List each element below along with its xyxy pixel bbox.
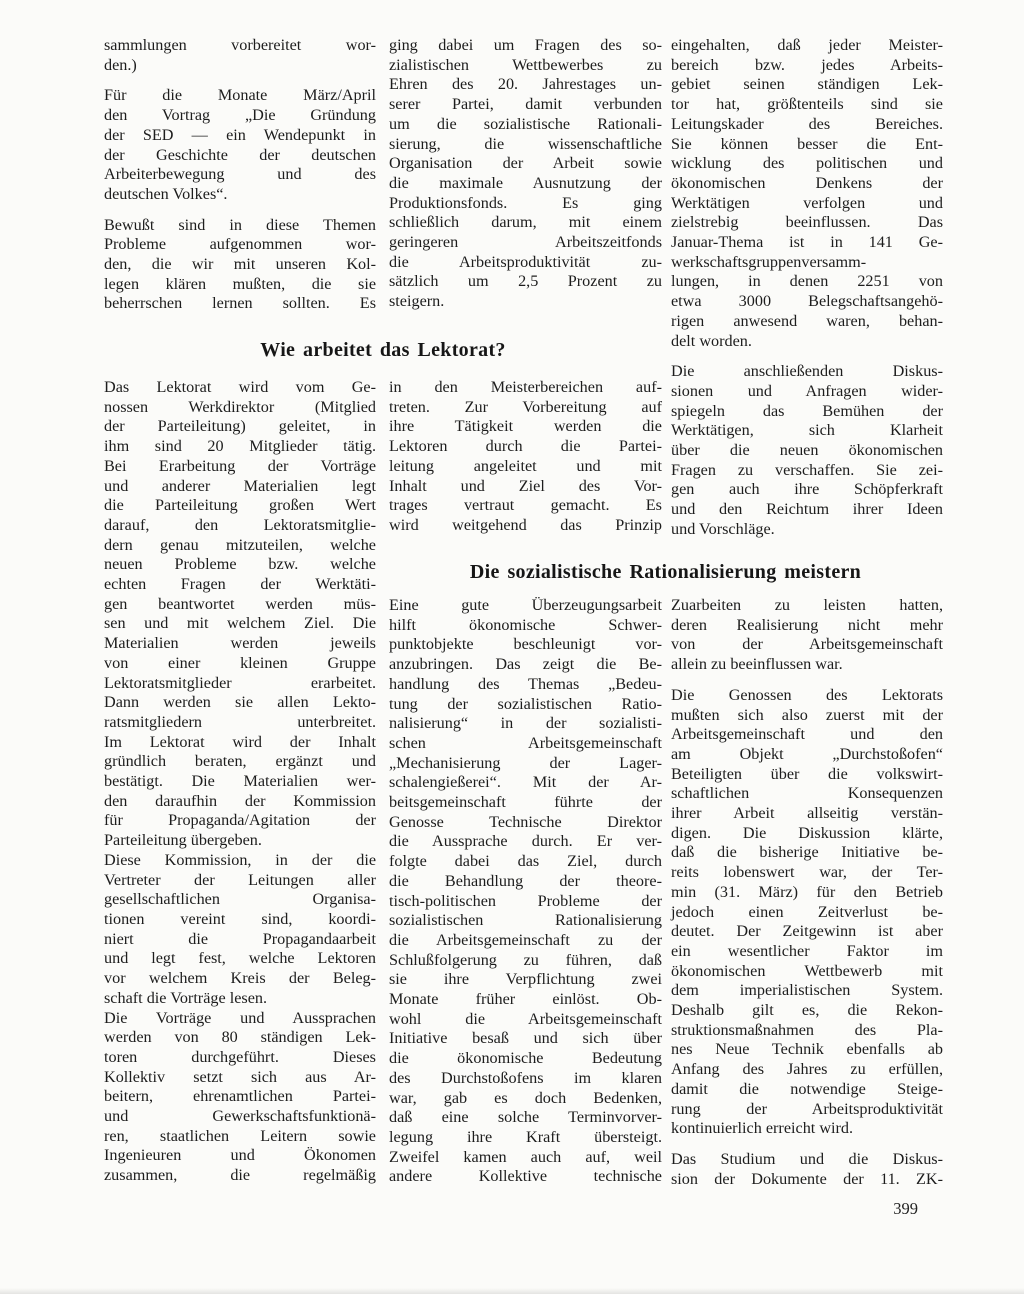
text-line: werden von 80 ständigen Lek- [104, 1028, 376, 1048]
text-line: Materialien werden jeweils [104, 634, 376, 654]
text-line: gen beantwortet werden müs- [104, 595, 376, 615]
text-line: Lektoratsmitglieder erarbeitet. [104, 674, 376, 694]
text-line: um die sozialistische Rationali- [389, 115, 662, 135]
text-line: gründlich beraten, ergänzt und [104, 752, 376, 772]
text-line: wicklung des politischen und [671, 154, 943, 174]
text-line: zusammen, die regelmäßig [104, 1166, 376, 1186]
text-line: schalengießerei“. Mit der Ar- [389, 773, 662, 793]
text-line: Genosse Technische Direktor [389, 813, 662, 833]
text-line: die Behandlung der theore- [389, 872, 662, 892]
text-line: Die Genossen des Lektorats [671, 686, 943, 706]
column-2-top-section: ging dabei um Fragen des so-zialistische… [389, 36, 662, 312]
text-line: und Gewerkschaftsfunktionä- [104, 1107, 376, 1127]
text-line: Sie können besser die Ent- [671, 135, 943, 155]
text-line: Lektoren durch die Partei- [389, 437, 662, 457]
text-line: und anderer Materialien legt [104, 477, 376, 497]
text-line: beherrschen lernen sollten. Es [104, 294, 376, 314]
text-line: tionen vereint sind, koordi- [104, 910, 376, 930]
text-line: die Aussprache durch. Er ver- [389, 832, 662, 852]
text-line: handlung des Themas „Bedeu- [389, 675, 662, 695]
text-line: Die Vorträge und Aussprachen [104, 1009, 376, 1029]
text-line: allein zu beeinflussen war. [671, 655, 943, 675]
text-line: struktionsmaßnahmen des Pla- [671, 1021, 943, 1041]
page-number: 399 [858, 1199, 918, 1219]
text-line: deren Realisierung nicht mehr [671, 616, 943, 636]
text-line: Im Lektorat wird der Inhalt [104, 733, 376, 753]
text-line: serer Partei, damit verbunden [389, 95, 662, 115]
text-line: daß die bisherige Initiative be- [671, 843, 943, 863]
text-line: bestätigt. Die Materialien wer- [104, 772, 376, 792]
text-line: rigen anwesend waren, behan- [671, 312, 943, 332]
text-line: Arbeitsgemeinschaft und den [671, 725, 943, 745]
text-line: tor hat, größtenteils sind sie [671, 95, 943, 115]
text-line: Produktionsfonds. Es ging [389, 194, 662, 214]
paragraph: Das Lektorat wird vom Ge-nossen Werkdire… [104, 378, 376, 851]
text-line: niert die Propagandaarbeit [104, 930, 376, 950]
text-line: ratsmitgliedern unterbreitet. [104, 713, 376, 733]
column-3-bottom-section: Zuarbeiten zu leisten hatten,deren Reali… [671, 596, 943, 1189]
text-line: Dann werden sie allen Lekto- [104, 693, 376, 713]
text-line: ren, staatlichen Leitern sowie [104, 1127, 376, 1147]
text-line: der Geschichte der deutschen [104, 146, 376, 166]
section-heading-rationalisierung: Die sozialistische Rationalisierung meis… [389, 560, 942, 584]
text-line: schließlich darum, mit einem [389, 213, 662, 233]
text-line: sierung, die wissenschaftliche [389, 135, 662, 155]
text-line: Organisation der Arbeit sowie [389, 154, 662, 174]
text-line: sätzlich um 2,5 Prozent zu [389, 272, 662, 292]
scanned-document-page: sammlungen vorbereitet wor-den.)Für die … [0, 0, 1024, 1294]
text-line: die Parteileitung großen Wert [104, 496, 376, 516]
text-line: sammlungen vorbereitet wor- [104, 36, 376, 56]
text-line: „Mechanisierung der Lager- [389, 754, 662, 774]
scan-edge-shadow [0, 1288, 1024, 1294]
text-line: gen auch ihre Schöpferkraft [671, 480, 943, 500]
text-line: treten. Zur Vorbereitung auf [389, 398, 662, 418]
text-line: die Arbeitsproduktivität zu- [389, 253, 662, 273]
text-line: schaftlichen Konsequenzen [671, 784, 943, 804]
text-line: etwa 3000 Belegschaftsangehö- [671, 292, 943, 312]
text-line: legen klären mußten, die sie [104, 275, 376, 295]
text-line: toren durchgeführt. Dieses [104, 1048, 376, 1068]
text-line: Anfang des Jahres zu erfüllen, [671, 1060, 943, 1080]
paragraph: Eine gute Überzeugungsarbeithilft ökonom… [389, 596, 662, 1187]
column-2-bottom-section: Eine gute Überzeugungsarbeithilft ökonom… [389, 596, 662, 1187]
text-line: ihre Tätigkeit werden die [389, 417, 662, 437]
text-line: Zweifel kamen auch auf, weil [389, 1148, 662, 1168]
text-line: Zuarbeiten zu leisten hatten, [671, 596, 943, 616]
section-heading-lektorat: Wie arbeitet das Lektorat? [104, 338, 662, 362]
text-line: daß eine solche Terminvorver- [389, 1108, 662, 1128]
text-line: bereich bzw. jedes Arbeits- [671, 56, 943, 76]
text-line: der SED — ein Wendepunkt in [104, 126, 376, 146]
paragraph: sammlungen vorbereitet wor-den.) [104, 36, 376, 75]
text-line: gebiet seinen ständigen Lek- [671, 75, 943, 95]
text-line: wohl die Arbeitsgemeinschaft [389, 1010, 662, 1030]
text-line: Januar-Thema ist in 141 Ge- [671, 233, 943, 253]
text-line: punktobjekte beschleunigt vor- [389, 635, 662, 655]
text-line: werkschaftsgruppenversamm- [671, 253, 943, 273]
text-line: nalisierung“ in der sozialisti- [389, 714, 662, 734]
text-line: zialistischen Wettbewerbes zu [389, 56, 662, 76]
text-line: Parteileitung übergeben. [104, 831, 376, 851]
text-line: nossen Werkdirektor (Mitglied [104, 398, 376, 418]
text-line: Ingenieuren und Ökonomen [104, 1146, 376, 1166]
text-line: Schlußfolgerung zu führen, daß [389, 951, 662, 971]
column-3-top-section: eingehalten, daß jeder Meister-bereich b… [671, 36, 943, 540]
text-line: über die neuen ökonomischen [671, 441, 943, 461]
text-line: ökonomischen Denkens der [671, 174, 943, 194]
text-line: die Arbeitsgemeinschaft zu der [389, 931, 662, 951]
text-line: steigern. [389, 292, 662, 312]
text-line: Fragen zu verschaffen. Sie zei- [671, 461, 943, 481]
text-line: neuen Probleme bzw. welche [104, 555, 376, 575]
text-line: Vertreter der Leitungen aller [104, 871, 376, 891]
text-line: war, gab es doch Bedenken, [389, 1089, 662, 1109]
text-line: Beteiligten über die volkswirt- [671, 765, 943, 785]
text-line: Werktätigen verfolgen und [671, 194, 943, 214]
text-line: die ökonomische Bedeutung [389, 1049, 662, 1069]
text-line: jedoch einen Zeitverlust be- [671, 903, 943, 923]
text-line: sie ihre Verpflichtung zwei [389, 970, 662, 990]
text-line: trages vertraut gemacht. Es [389, 496, 662, 516]
text-line: Monate früher einlöst. Ob- [389, 990, 662, 1010]
text-line: den, die wir mit unseren Kol- [104, 255, 376, 275]
text-line: legung ihre Kraft übersteigt. [389, 1128, 662, 1148]
paragraph: Für die Monate März/Aprilden Vortrag „Di… [104, 86, 376, 204]
text-line: reits lobenswert war, der Ter- [671, 863, 943, 883]
text-line: tung der sozialistischen Ratio- [389, 695, 662, 715]
paragraph: Bewußt sind in diese ThemenProbleme aufg… [104, 216, 376, 315]
text-line: sionen und Anfragen wider- [671, 382, 943, 402]
text-line: rung der Arbeitsproduktivität [671, 1100, 943, 1120]
text-line: sion der Dokumente der 11. ZK- [671, 1170, 943, 1190]
text-line: lungen, in denen 2251 von [671, 272, 943, 292]
text-line: den daraufhin der Kommission [104, 792, 376, 812]
text-line: ihrer Arbeit allseitig verstän- [671, 804, 943, 824]
text-line: Arbeiterbewegung und des [104, 165, 376, 185]
paragraph: Zuarbeiten zu leisten hatten,deren Reali… [671, 596, 943, 675]
paragraph: Die Vorträge und Aussprachenwerden von 8… [104, 1009, 376, 1186]
text-line: sen und mit welchem Ziel. Die [104, 614, 376, 634]
text-line: Bewußt sind in diese Themen [104, 216, 376, 236]
text-line: Deshalb gilt es, die Rekon- [671, 1001, 943, 1021]
text-line: Inhalt und Ziel des Vor- [389, 477, 662, 497]
text-line: ökonomischen Wettbewerb mit [671, 962, 943, 982]
text-line: wird weitgehend das Prinzip [389, 516, 662, 536]
text-line: in den Meisterbereichen auf- [389, 378, 662, 398]
text-line: echten Fragen der Werktäti- [104, 575, 376, 595]
paragraph: ging dabei um Fragen des so-zialistische… [389, 36, 662, 312]
text-line: dem imperialistischen System. [671, 981, 943, 1001]
text-line: beitsgemeinschaft führte der [389, 793, 662, 813]
text-line: digen. Die Diskussion klärte, [671, 824, 943, 844]
text-line: gesellschaftlichen Organisa- [104, 890, 376, 910]
paragraph: Das Studium und die Diskus-sion der Doku… [671, 1150, 943, 1189]
text-line: Ehren des 20. Jahrestages un- [389, 75, 662, 95]
text-line: andere Kollektive technische [389, 1167, 662, 1187]
text-line: kontinuierlich erreicht wird. [671, 1119, 943, 1139]
text-line: am Objekt „Durchstoßofen“ [671, 745, 943, 765]
text-line: Kollektiv setzt sich aus Ar- [104, 1068, 376, 1088]
text-line: Initiative besaß und sich über [389, 1029, 662, 1049]
paragraph: eingehalten, daß jeder Meister-bereich b… [671, 36, 943, 351]
text-line: zielstrebig beeinflussen. Das [671, 213, 943, 233]
text-line: und legt fest, welche Lektoren [104, 949, 376, 969]
text-line: den Vortrag „Die Gründung [104, 106, 376, 126]
column-2-middle-section: in den Meisterbereichen auf-treten. Zur … [389, 378, 662, 536]
text-line: ein wesentlicher Faktor im [671, 942, 943, 962]
text-line: vor welchem Kreis der Beleg- [104, 969, 376, 989]
text-line: Probleme aufgenommen wor- [104, 235, 376, 255]
text-line: Bei Erarbeitung der Vorträge [104, 457, 376, 477]
text-line: schen Arbeitsgemeinschaft [389, 734, 662, 754]
text-line: folgte dabei das Ziel, durch [389, 852, 662, 872]
text-line: Das Studium und die Diskus- [671, 1150, 943, 1170]
text-line: die maximale Ausnutzung der [389, 174, 662, 194]
text-line: beitern, ehrenamtlichen Partei- [104, 1087, 376, 1107]
text-line: Das Lektorat wird vom Ge- [104, 378, 376, 398]
text-line: damit die notwendige Steige- [671, 1080, 943, 1100]
text-line: deutschen Volkes“. [104, 185, 376, 205]
text-line: des Durchstoßofens im klaren [389, 1069, 662, 1089]
text-line: den.) [104, 56, 376, 76]
text-line: spiegeln das Bemühen der [671, 402, 943, 422]
text-line: ging dabei um Fragen des so- [389, 36, 662, 56]
paragraph: Die anschließenden Diskus-sionen und Anf… [671, 362, 943, 539]
text-line: Die anschließenden Diskus- [671, 362, 943, 382]
text-line: von der Arbeitsgemeinschaft [671, 635, 943, 655]
text-line: Leitungskader des Bereiches. [671, 115, 943, 135]
text-line: Für die Monate März/April [104, 86, 376, 106]
text-line: Eine gute Überzeugungsarbeit [389, 596, 662, 616]
text-line: eingehalten, daß jeder Meister- [671, 36, 943, 56]
paragraph: Diese Kommission, in der dieVertreter de… [104, 851, 376, 1009]
paragraph: Die Genossen des Lektoratsmußten sich al… [671, 686, 943, 1139]
text-line: und den Reichtum ihrer Ideen [671, 500, 943, 520]
column-1-top-section: sammlungen vorbereitet wor-den.)Für die … [104, 36, 376, 314]
text-line: nes Neue Technik ebenfalls ab [671, 1040, 943, 1060]
text-line: hilft ökonomische Schwer- [389, 616, 662, 636]
text-line: für Propaganda/Agitation der [104, 811, 376, 831]
text-line: von einer kleinen Gruppe [104, 654, 376, 674]
text-line: deutet. Der Zeitgewinn ist aber [671, 922, 943, 942]
text-line: geringeren Arbeitszeitfonds [389, 233, 662, 253]
text-line: min (31. März) für den Betrieb [671, 883, 943, 903]
text-line: delt worden. [671, 332, 943, 352]
text-line: leitung angeleitet und mit [389, 457, 662, 477]
text-line: und Vorschläge. [671, 520, 943, 540]
text-line: tisch-politischen Probleme der [389, 892, 662, 912]
text-line: der Parteileitung) geleitet, in [104, 417, 376, 437]
text-line: sozialistischen Rationalisierung [389, 911, 662, 931]
text-line: anzubringen. Das zeigt die Be- [389, 655, 662, 675]
paragraph: in den Meisterbereichen auf-treten. Zur … [389, 378, 662, 536]
text-line: Diese Kommission, in der die [104, 851, 376, 871]
text-line: dern genau mitzuteilen, welche [104, 536, 376, 556]
text-line: ihm sind 20 Mitglieder tätig. [104, 437, 376, 457]
text-line: Werktätigen, sich Klarheit [671, 421, 943, 441]
column-1-middle-section: Das Lektorat wird vom Ge-nossen Werkdire… [104, 378, 376, 1186]
text-line: mußten sich also zuerst mit der [671, 706, 943, 726]
text-line: schaft die Vorträge lesen. [104, 989, 376, 1009]
text-line: darauf, den Lektoratsmitglie- [104, 516, 376, 536]
